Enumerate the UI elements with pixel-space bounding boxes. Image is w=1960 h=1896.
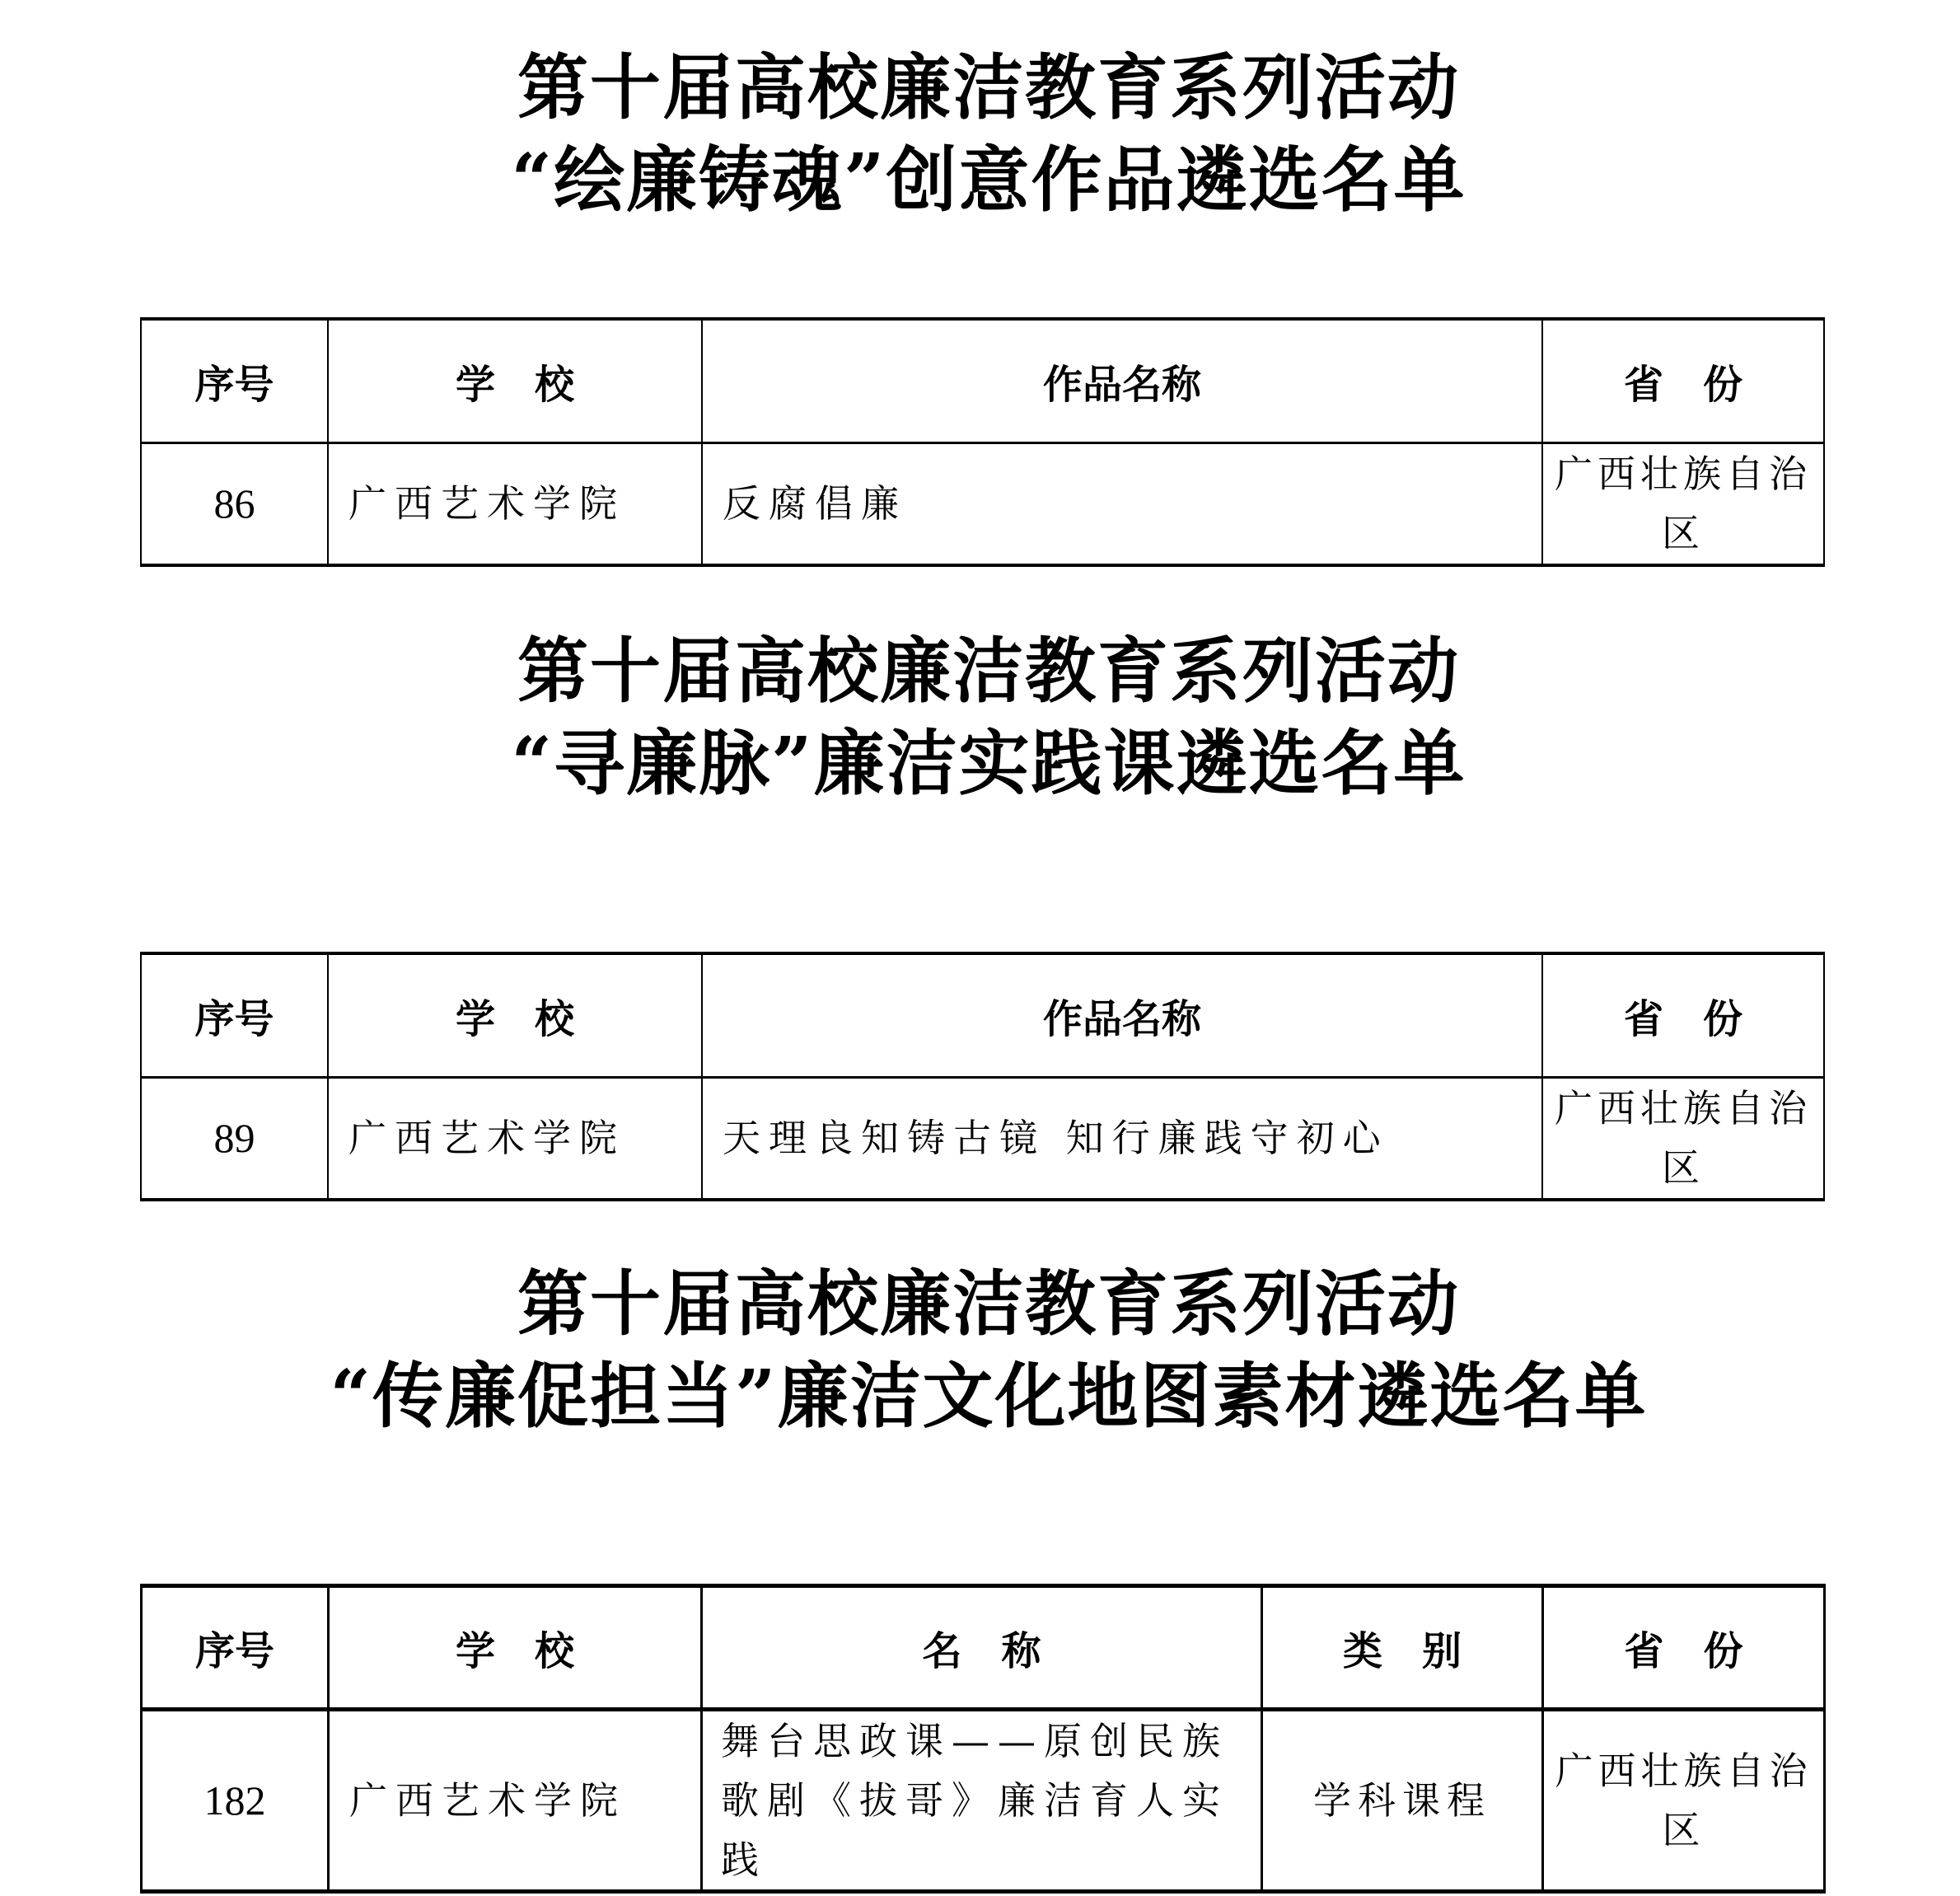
- section-2-title-line2: “寻廉脉”廉洁实践课遴选名单: [0, 728, 1960, 799]
- table-header-row: 序号 学 校 名 称 类 别 省 份: [142, 1586, 1825, 1710]
- header-name: 名 称: [702, 1586, 1262, 1710]
- cell-work-name: 天理良知铸古镜 知行廉践守初心: [702, 1077, 1542, 1200]
- header-no: 序号: [141, 319, 328, 442]
- table-row: 86 广西艺术学院 反腐倡廉 广西壮族自治区: [141, 442, 1824, 565]
- cell-no: 182: [142, 1710, 329, 1892]
- section-1-table: 序号 学 校 作品名称 省 份 86 广西艺术学院 反腐倡廉 广西壮族自治区: [140, 317, 1825, 567]
- table-row: 182 广西艺术学院 舞台思政课——原创民族歌剧《拔哥》廉洁育人实践 学科课程 …: [142, 1710, 1825, 1892]
- cell-name: 舞台思政课——原创民族歌剧《拔哥》廉洁育人实践: [702, 1710, 1262, 1892]
- cell-category: 学科课程: [1262, 1710, 1543, 1892]
- section-3-table: 序号 学 校 名 称 类 别 省 份 182 广西艺术学院 舞台思政课——原创民…: [140, 1584, 1826, 1894]
- header-province: 省 份: [1542, 953, 1824, 1077]
- cell-province: 广西壮族自治区: [1543, 1710, 1825, 1892]
- cell-school: 广西艺术学院: [329, 1710, 702, 1892]
- section-3-title-line1: 第十届高校廉洁教育系列活动: [0, 1269, 1960, 1340]
- table-row: 89 广西艺术学院 天理良知铸古镜 知行廉践守初心 广西壮族自治区: [141, 1077, 1824, 1200]
- cell-province: 广西壮族自治区: [1542, 1077, 1824, 1200]
- header-province: 省 份: [1543, 1586, 1825, 1710]
- header-no: 序号: [142, 1586, 329, 1710]
- cell-work-name: 反腐倡廉: [702, 442, 1542, 565]
- section-1-title-line2: “绘廉铸魂”创意作品遴选名单: [0, 145, 1960, 216]
- header-school: 学 校: [329, 1586, 702, 1710]
- section-2-title-line1: 第十届高校廉洁教育系列活动: [0, 636, 1960, 707]
- table-header-row: 序号 学 校 作品名称 省 份: [141, 953, 1824, 1077]
- cell-no: 89: [141, 1077, 328, 1200]
- cell-no: 86: [141, 442, 328, 565]
- header-work-name: 作品名称: [702, 319, 1542, 442]
- header-province: 省 份: [1542, 319, 1824, 442]
- header-no: 序号: [141, 953, 328, 1077]
- cell-school: 广西艺术学院: [328, 442, 702, 565]
- section-1-title-line1: 第十届高校廉洁教育系列活动: [0, 53, 1960, 124]
- section-3-title-line2: “传廉促担当”廉洁文化地图素材遴选名单: [0, 1361, 1960, 1432]
- header-school: 学 校: [328, 319, 702, 442]
- cell-province: 广西壮族自治区: [1542, 442, 1824, 565]
- section-2-table: 序号 学 校 作品名称 省 份 89 广西艺术学院 天理良知铸古镜 知行廉践守初…: [140, 952, 1825, 1201]
- cell-school: 广西艺术学院: [328, 1077, 702, 1200]
- header-school: 学 校: [328, 953, 702, 1077]
- table-header-row: 序号 学 校 作品名称 省 份: [141, 319, 1824, 442]
- header-category: 类 别: [1262, 1586, 1543, 1710]
- header-work-name: 作品名称: [702, 953, 1542, 1077]
